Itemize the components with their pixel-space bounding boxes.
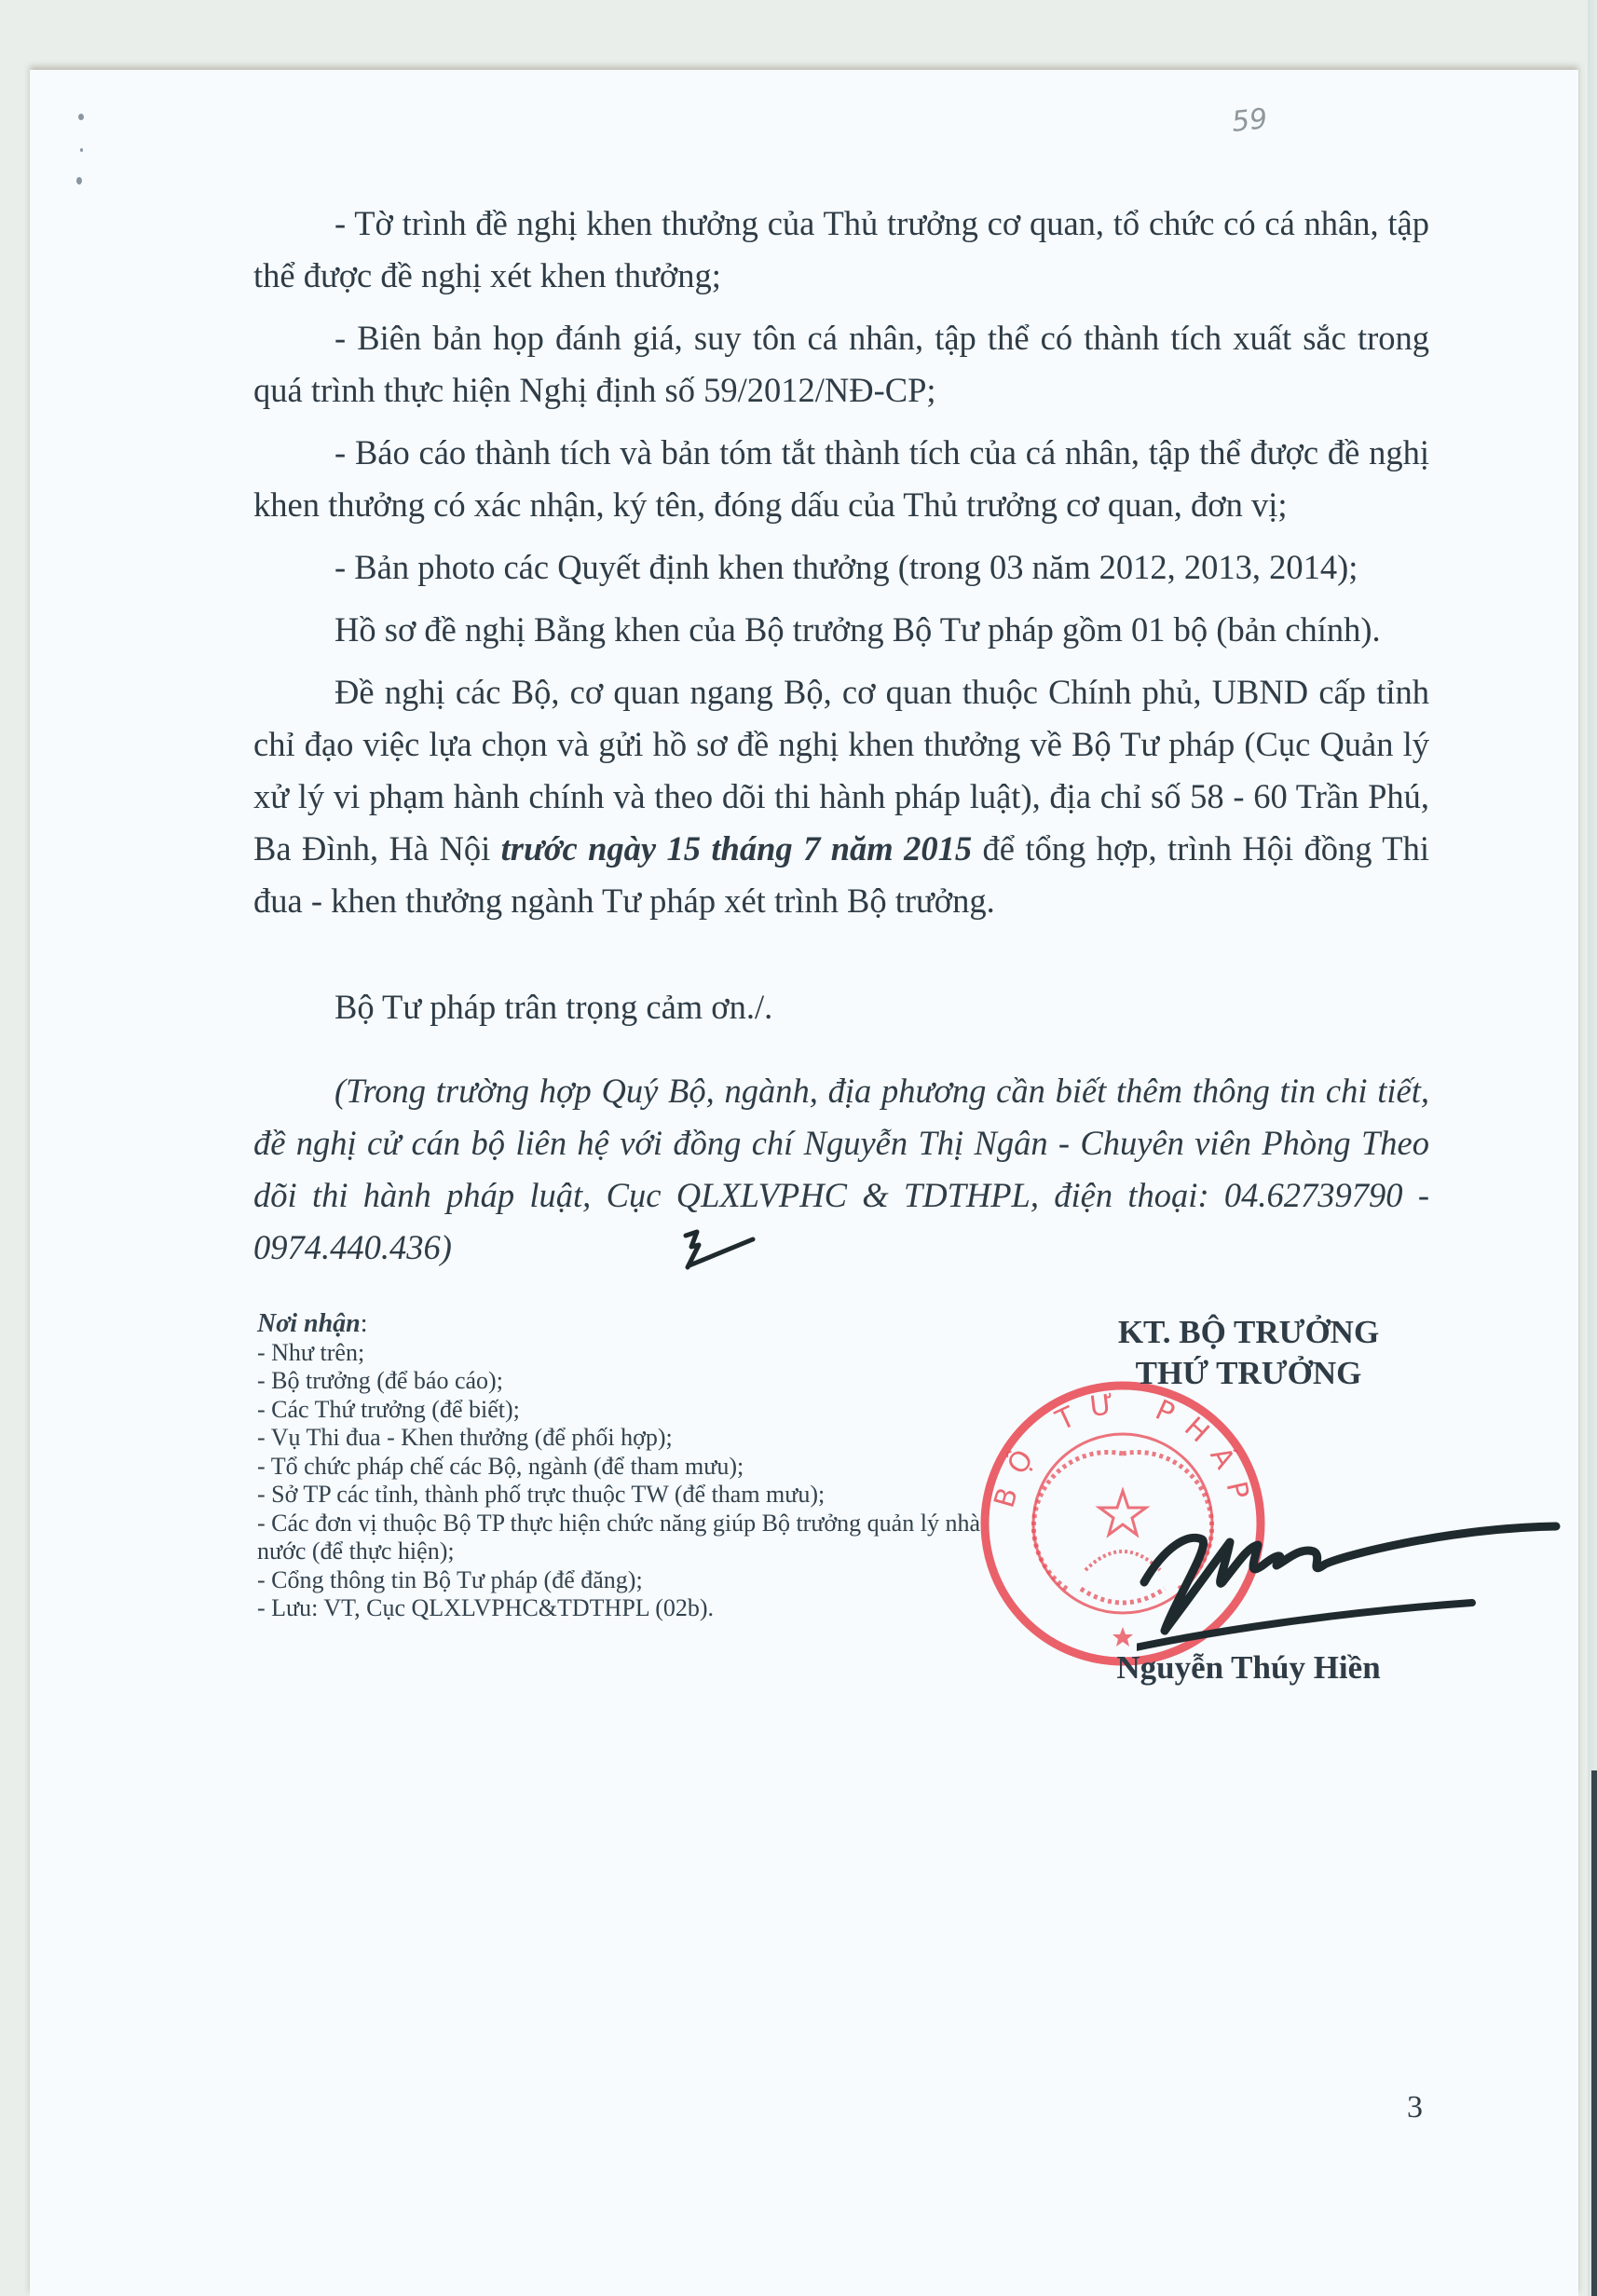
paragraph-achievement-report: - Báo cáo thành tích và bản tóm tắt thàn… <box>253 427 1429 531</box>
signer-title-line2: THỨ TRƯỞNG <box>1053 1353 1444 1394</box>
recipient-item: - Lưu: VT, Cục QLXLVPHC&TDTHPL (02b). <box>257 1594 1003 1623</box>
recipients-list: Nơi nhận: - Như trên; - Bộ trưởng (để bá… <box>257 1310 1003 1623</box>
paragraph-proposal: - Tờ trình đề nghị khen thưởng của Thủ t… <box>253 198 1429 302</box>
handwritten-folio-number: 59 <box>1230 102 1269 139</box>
initial-mark-icon <box>678 1219 762 1275</box>
signer-name: Nguyễn Thúy Hiền <box>1053 1649 1444 1687</box>
deadline-text: trước ngày 15 tháng 7 năm 2015 <box>501 829 972 868</box>
paragraph-request: Đề nghị các Bộ, cơ quan ngang Bộ, cơ qua… <box>253 666 1429 927</box>
signature-block: KT. BỘ TRƯỞNG THỨ TRƯỞNG <box>1053 1312 1444 1394</box>
recipient-item: - Các Thứ trưởng (để biết); <box>257 1396 1003 1425</box>
recipients-heading: Nơi nhận: <box>257 1310 1003 1339</box>
paragraph-meeting-minutes: - Biên bản họp đánh giá, suy tôn cá nhân… <box>253 312 1429 417</box>
recipient-item: - Các đơn vị thuộc Bộ TP thực hiện chức … <box>257 1510 1003 1566</box>
letter-body: - Tờ trình đề nghị khen thưởng của Thủ t… <box>253 198 1429 1284</box>
recipient-item: - Như trên; <box>257 1339 1003 1368</box>
signer-title-line1: KT. BỘ TRƯỞNG <box>1053 1312 1444 1353</box>
page-number: 3 <box>1407 2090 1423 2125</box>
punch-hole-mark <box>80 148 83 152</box>
punch-hole-mark <box>78 114 84 120</box>
paragraph-decision-copies: - Bản photo các Quyết định khen thưởng (… <box>253 541 1429 594</box>
recipient-item: - Bộ trưởng (để báo cáo); <box>257 1367 1003 1396</box>
recipient-item: - Vụ Thi đua - Khen thưởng (để phối hợp)… <box>257 1424 1003 1453</box>
paragraph-dossier: Hồ sơ đề nghị Bằng khen của Bộ trưởng Bộ… <box>253 604 1429 656</box>
scanner-edge-shadow <box>1591 1770 1597 2296</box>
contact-note: (Trong trường hợp Quý Bộ, ngành, địa phư… <box>253 1065 1429 1274</box>
recipient-item: - Cổng thông tin Bộ Tư pháp (để đăng); <box>257 1566 1003 1595</box>
punch-hole-mark <box>76 177 82 184</box>
handwritten-signature-icon <box>1137 1472 1565 1659</box>
recipient-item: - Tổ chức pháp chế các Bộ, ngành (để tha… <box>257 1453 1003 1482</box>
paragraph-thanks: Bộ Tư pháp trân trọng cảm ơn./. <box>253 981 1429 1033</box>
recipient-item: - Sở TP các tỉnh, thành phố trực thuộc T… <box>257 1481 1003 1510</box>
